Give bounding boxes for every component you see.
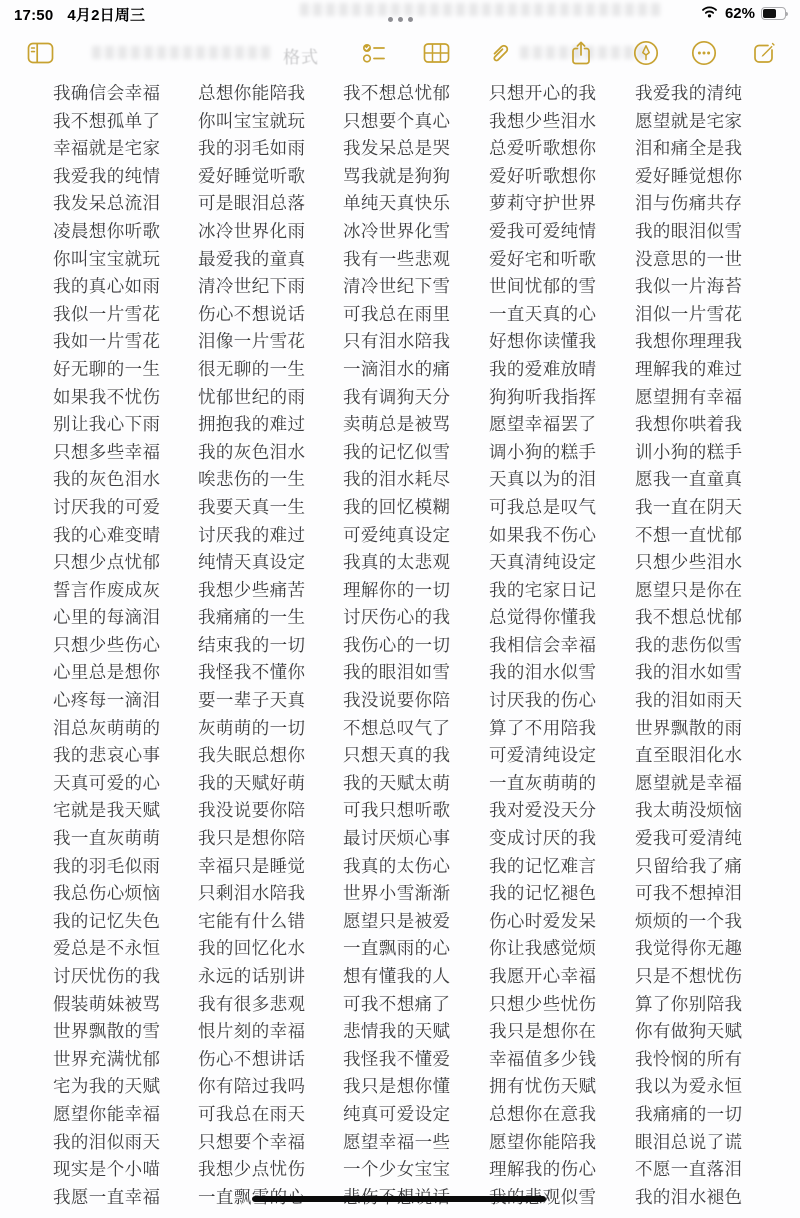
note-line: 最爱我的童真 [198,246,308,274]
note-line: 烦烦的一个我 [635,908,745,936]
note-column-3: 我不想总忧郁只想要个真心我发呆总是哭骂我就是狗狗单纯天真快乐冰冷世界化雪我有一些… [343,80,453,1211]
markup-icon[interactable] [630,37,662,69]
note-column-4: 只想开心的我我想少些泪水总爱听歌想你爱好听歌想你萝莉守护世界爱我可爱纯情爱好宅和… [489,80,599,1211]
note-line: 总想你在意我 [489,1101,599,1129]
note-line: 我想你哄着我 [635,411,745,439]
note-line: 我的宅家日记 [489,577,599,605]
battery-percent: 62% [725,5,755,22]
note-line: 恨片刻的幸福 [198,1018,308,1046]
note-line: 别让我心下雨 [53,411,163,439]
note-line: 幸福值多少钱 [489,1046,599,1074]
note-line: 誓言作废成灰 [53,577,163,605]
note-line: 愿望幸福罢了 [489,411,599,439]
note-line: 好想你读懂我 [489,328,599,356]
note-line: 讨厌我的伤心 [489,687,599,715]
note-line: 愿望幸福一些 [343,1129,453,1157]
note-column-2: 总想你能陪我你叫宝宝就玩我的羽毛如雨爱好睡觉听歌可是眼泪总落冰冷世界化雨最爱我的… [198,80,308,1211]
note-line: 想有懂我的人 [343,963,453,991]
note-line: 可我只想听歌 [343,797,453,825]
note-line: 我的泪水如雪 [635,659,745,687]
note-line: 我想你理理我 [635,328,745,356]
note-line: 讨厌伤心的我 [343,604,453,632]
note-line: 一滴泪水的痛 [343,356,453,384]
note-line: 训小狗的糕手 [635,439,745,467]
note-line: 泪似一片雪花 [635,301,745,329]
note-line: 我的眼泪似雪 [635,218,745,246]
share-icon[interactable] [565,37,597,69]
note-line: 我没说要你陪 [343,687,453,715]
note-line: 不想总叹气了 [343,715,453,743]
note-line: 我的泪似雨天 [53,1129,163,1157]
note-line: 可我总在雨天 [198,1101,308,1129]
note-line: 如果我不忧伤 [53,384,163,412]
note-line: 我发呆总流泪 [53,190,163,218]
compose-icon[interactable] [748,37,780,69]
note-line: 幸福只是睡觉 [198,853,308,881]
note-line: 理解你的一切 [343,577,453,605]
note-line: 总觉得你懂我 [489,604,599,632]
note-line: 我爱我的清纯 [635,80,745,108]
sidebar-toggle-icon[interactable] [24,37,56,69]
note-line: 讨厌忧伤的我 [53,963,163,991]
note-line: 天真以为的泪 [489,466,599,494]
note-line: 我有一些悲观 [343,246,453,274]
note-line: 我的爱难放晴 [489,356,599,384]
note-line: 清冷世纪下雪 [343,273,453,301]
note-line: 清冷世纪下雨 [198,273,308,301]
note-line: 世界飘散的雪 [53,1018,163,1046]
note-line: 愿望就是宅家 [635,108,745,136]
note-line: 我太萌没烦恼 [635,797,745,825]
note-line: 如果我不伤心 [489,522,599,550]
note-line: 一直飘雨的心 [343,935,453,963]
attachment-icon[interactable] [482,37,514,69]
note-line: 只想少些泪水 [635,549,745,577]
note-line: 我的真心如雨 [53,273,163,301]
note-line: 世界飘散的雨 [635,715,745,743]
note-line: 爱总是不永恒 [53,935,163,963]
note-line: 我一直灰萌萌 [53,825,163,853]
note-line: 你有陪过我吗 [198,1073,308,1101]
note-line: 我的天赋太萌 [343,770,453,798]
note-line: 心里的每滴泪 [53,604,163,632]
note-line: 我真的太伤心 [343,853,453,881]
note-line: 世界小雪渐渐 [343,880,453,908]
note-line: 可我不想痛了 [343,991,453,1019]
note-line: 愿我一直童真 [635,466,745,494]
note-line: 爱好睡觉想你 [635,163,745,191]
multitask-dots-icon[interactable] [0,9,800,27]
note-line: 纯情天真设定 [198,549,308,577]
note-line: 不想一直忧郁 [635,522,745,550]
note-line: 我确信会幸福 [53,80,163,108]
note-line: 最讨厌烦心事 [343,825,453,853]
note-line: 我没说要你陪 [198,797,308,825]
note-line: 心疼每一滴泪 [53,687,163,715]
note-line: 灰萌萌的一切 [198,715,308,743]
note-line: 只想要个真心 [343,108,453,136]
note-line: 没意思的一世 [635,246,745,274]
note-line: 爱我可爱纯情 [489,218,599,246]
note-line: 我不想总忧郁 [635,604,745,632]
note-line: 愿望拥有幸福 [635,384,745,412]
note-line: 你叫宝宝就玩 [53,246,163,274]
note-line: 我的悲哀心事 [53,742,163,770]
note-line: 我怜悯的所有 [635,1046,745,1074]
note-line: 讨厌我的可爱 [53,494,163,522]
note-line: 我怪我不懂你 [198,659,308,687]
note-line: 我的羽毛如雨 [198,135,308,163]
note-line: 我的记忆褪色 [489,880,599,908]
note-line: 只留给我了痛 [635,853,745,881]
note-line: 我不想总忧郁 [343,80,453,108]
note-line: 我的天赋好萌 [198,770,308,798]
note-line: 伤心不想说话 [198,301,308,329]
note-line: 我的心难变晴 [53,522,163,550]
note-line: 我的泪水耗尽 [343,466,453,494]
note-line: 只想少点忧郁 [53,549,163,577]
note-column-1: 我确信会幸福我不想孤单了幸福就是宅家我爱我的纯情我发呆总流泪凌晨想你听歌你叫宝宝… [53,80,163,1211]
note-line: 我似一片雪花 [53,301,163,329]
note-line: 萝莉守护世界 [489,190,599,218]
note-line: 我不想孤单了 [53,108,163,136]
note-line: 宅就是我天赋 [53,797,163,825]
note-line: 我只是想你陪 [198,825,308,853]
note-line: 世界充满忧郁 [53,1046,163,1074]
note-line: 我似一片海苔 [635,273,745,301]
note-line: 我想少点忧伤 [198,1156,308,1184]
note-line: 只想要个幸福 [198,1129,308,1157]
note-line: 我痛痛的一生 [198,604,308,632]
note-line: 总爱听歌想你 [489,135,599,163]
note-line: 我对爱没天分 [489,797,599,825]
note-line: 我怪我不懂爱 [343,1046,453,1074]
note-line: 只是不想忧伤 [635,963,745,991]
note-line: 我如一片雪花 [53,328,163,356]
note-line: 悲情我的天赋 [343,1018,453,1046]
note-line: 可是眼泪总落 [198,190,308,218]
note-line: 我一直在阴天 [635,494,745,522]
note-line: 我真的太悲观 [343,549,453,577]
note-line: 伤心不想讲话 [198,1046,308,1074]
note-line: 我以为爱永恒 [635,1073,745,1101]
note-line: 一个少女宝宝 [343,1156,453,1184]
note-line: 我爱我的纯情 [53,163,163,191]
note-line: 假装萌妹被骂 [53,991,163,1019]
note-line: 你有做狗天赋 [635,1018,745,1046]
note-line: 变成讨厌的我 [489,825,599,853]
note-line: 爱我可爱清纯 [635,825,745,853]
note-line: 我想少些泪水 [489,108,599,136]
note-line: 只剩泪水陪我 [198,880,308,908]
note-line: 我痛痛的一切 [635,1101,745,1129]
note-line: 调小狗的糕手 [489,439,599,467]
note-line: 我的泪如雨天 [635,687,745,715]
note-line: 爱好宅和听歌 [489,246,599,274]
note-line: 可我总是叹气 [489,494,599,522]
note-line: 我的回忆化水 [198,935,308,963]
note-line: 心里总是想你 [53,659,163,687]
checklist-icon[interactable] [358,37,390,69]
wifi-icon [700,4,719,23]
notes-toolbar: 格式 [0,34,800,72]
note-line: 我的记忆失色 [53,908,163,936]
note-line: 愿望只是你在 [635,577,745,605]
note-line: 不愿一直落泪 [635,1156,745,1184]
note-line: 唉悲伤的一生 [198,466,308,494]
note-line: 我只是想你在 [489,1018,599,1046]
note-line: 你让我感觉烦 [489,935,599,963]
note-line: 拥有忧伤天赋 [489,1073,599,1101]
note-line: 一直天真的心 [489,301,599,329]
note-line: 我的记忆似雪 [343,439,453,467]
note-line: 泪和痛全是我 [635,135,745,163]
note-line: 我有很多悲观 [198,991,308,1019]
note-line: 拥抱我的难过 [198,411,308,439]
note-line: 总想你能陪我 [198,80,308,108]
note-line: 只想少些忧伤 [489,991,599,1019]
table-icon[interactable] [420,37,452,69]
note-line: 我相信会幸福 [489,632,599,660]
note-line: 我的羽毛似雨 [53,853,163,881]
note-line: 泪总灰萌萌的 [53,715,163,743]
note-line: 很无聊的一生 [198,356,308,384]
format-button[interactable]: 格式 [283,43,319,68]
note-line: 可爱清纯设定 [489,742,599,770]
note-line: 我愿一直幸福 [53,1184,163,1212]
note-line: 你叫宝宝就玩 [198,108,308,136]
note-line: 世间忧郁的雪 [489,273,599,301]
note-line: 我的灰色泪水 [198,439,308,467]
note-line: 只想多些幸福 [53,439,163,467]
note-line: 天真可爱的心 [53,770,163,798]
note-line: 我要天真一生 [198,494,308,522]
note-line: 宅能有什么错 [198,908,308,936]
note-line: 眼泪总说了谎 [635,1129,745,1157]
note-line: 只想天真的我 [343,742,453,770]
note-line: 狗狗听我指挥 [489,384,599,412]
note-line: 冰冷世界化雪 [343,218,453,246]
note-line: 理解我的伤心 [489,1156,599,1184]
note-line: 要一辈子天真 [198,687,308,715]
note-line: 纯真可爱设定 [343,1101,453,1129]
note-line: 结束我的一切 [198,632,308,660]
note-line: 我有调狗天分 [343,384,453,412]
note-line: 可爱纯真设定 [343,522,453,550]
note-line: 可我总在雨里 [343,301,453,329]
note-line: 卖萌总是被骂 [343,411,453,439]
note-line: 只想少些伤心 [53,632,163,660]
note-line: 愿望只是被爱 [343,908,453,936]
battery-icon [761,7,788,20]
home-indicator[interactable] [252,1196,546,1202]
note-line: 我觉得你无趣 [635,935,745,963]
note-line: 我的泪水褪色 [635,1184,745,1212]
note-line: 忧郁世纪的雨 [198,384,308,412]
note-line: 只有泪水陪我 [343,328,453,356]
note-line: 宅为我的天赋 [53,1073,163,1101]
note-line: 算了你别陪我 [635,991,745,1019]
status-bar: 17:504月2日周三 62% [0,0,800,24]
note-line: 愿望你能幸福 [53,1101,163,1129]
note-line: 可我不想掉泪 [635,880,745,908]
note-line: 我想少些痛苦 [198,577,308,605]
note-line: 只想开心的我 [489,80,599,108]
note-column-5: 我爱我的清纯愿望就是宅家泪和痛全是我爱好睡觉想你泪与伤痛共存我的眼泪似雪没意思的… [635,80,745,1211]
note-line: 泪像一片雪花 [198,328,308,356]
note-line: 单纯天真快乐 [343,190,453,218]
note-line: 我伤心的一切 [343,632,453,660]
note-line: 我只是想你懂 [343,1073,453,1101]
note-line: 我的悲伤似雪 [635,632,745,660]
note-line: 我的记忆难言 [489,853,599,881]
note-line: 凌晨想你听歌 [53,218,163,246]
note-line: 我的灰色泪水 [53,466,163,494]
note-line: 我失眠总想你 [198,742,308,770]
more-icon[interactable] [688,37,720,69]
note-line: 理解我的难过 [635,356,745,384]
note-line: 爱好听歌想你 [489,163,599,191]
note-line: 冰冷世界化雨 [198,218,308,246]
note-line: 愿望就是幸福 [635,770,745,798]
note-line: 我的回忆模糊 [343,494,453,522]
note-line: 我的泪水似雪 [489,659,599,687]
note-line: 我的眼泪如雪 [343,659,453,687]
note-line: 我发呆总是哭 [343,135,453,163]
note-line: 愿望你能陪我 [489,1129,599,1157]
note-line: 骂我就是狗狗 [343,163,453,191]
note-line: 天真清纯设定 [489,549,599,577]
note-line: 直至眼泪化水 [635,742,745,770]
note-line: 好无聊的一生 [53,356,163,384]
note-line: 一直灰萌萌的 [489,770,599,798]
note-line: 爱好睡觉听歌 [198,163,308,191]
note-line: 幸福就是宅家 [53,135,163,163]
note-line: 讨厌我的难过 [198,522,308,550]
note-line: 算了不用陪我 [489,715,599,743]
note-line: 泪与伤痛共存 [635,190,745,218]
note-line: 我总伤心烦恼 [53,880,163,908]
note-line: 永远的话别讲 [198,963,308,991]
note-line: 现实是个小喵 [53,1156,163,1184]
note-content[interactable]: 我确信会幸福我不想孤单了幸福就是宅家我爱我的纯情我发呆总流泪凌晨想你听歌你叫宝宝… [0,72,800,1218]
note-line: 伤心时爱发呆 [489,908,599,936]
note-line: 我愿开心幸福 [489,963,599,991]
